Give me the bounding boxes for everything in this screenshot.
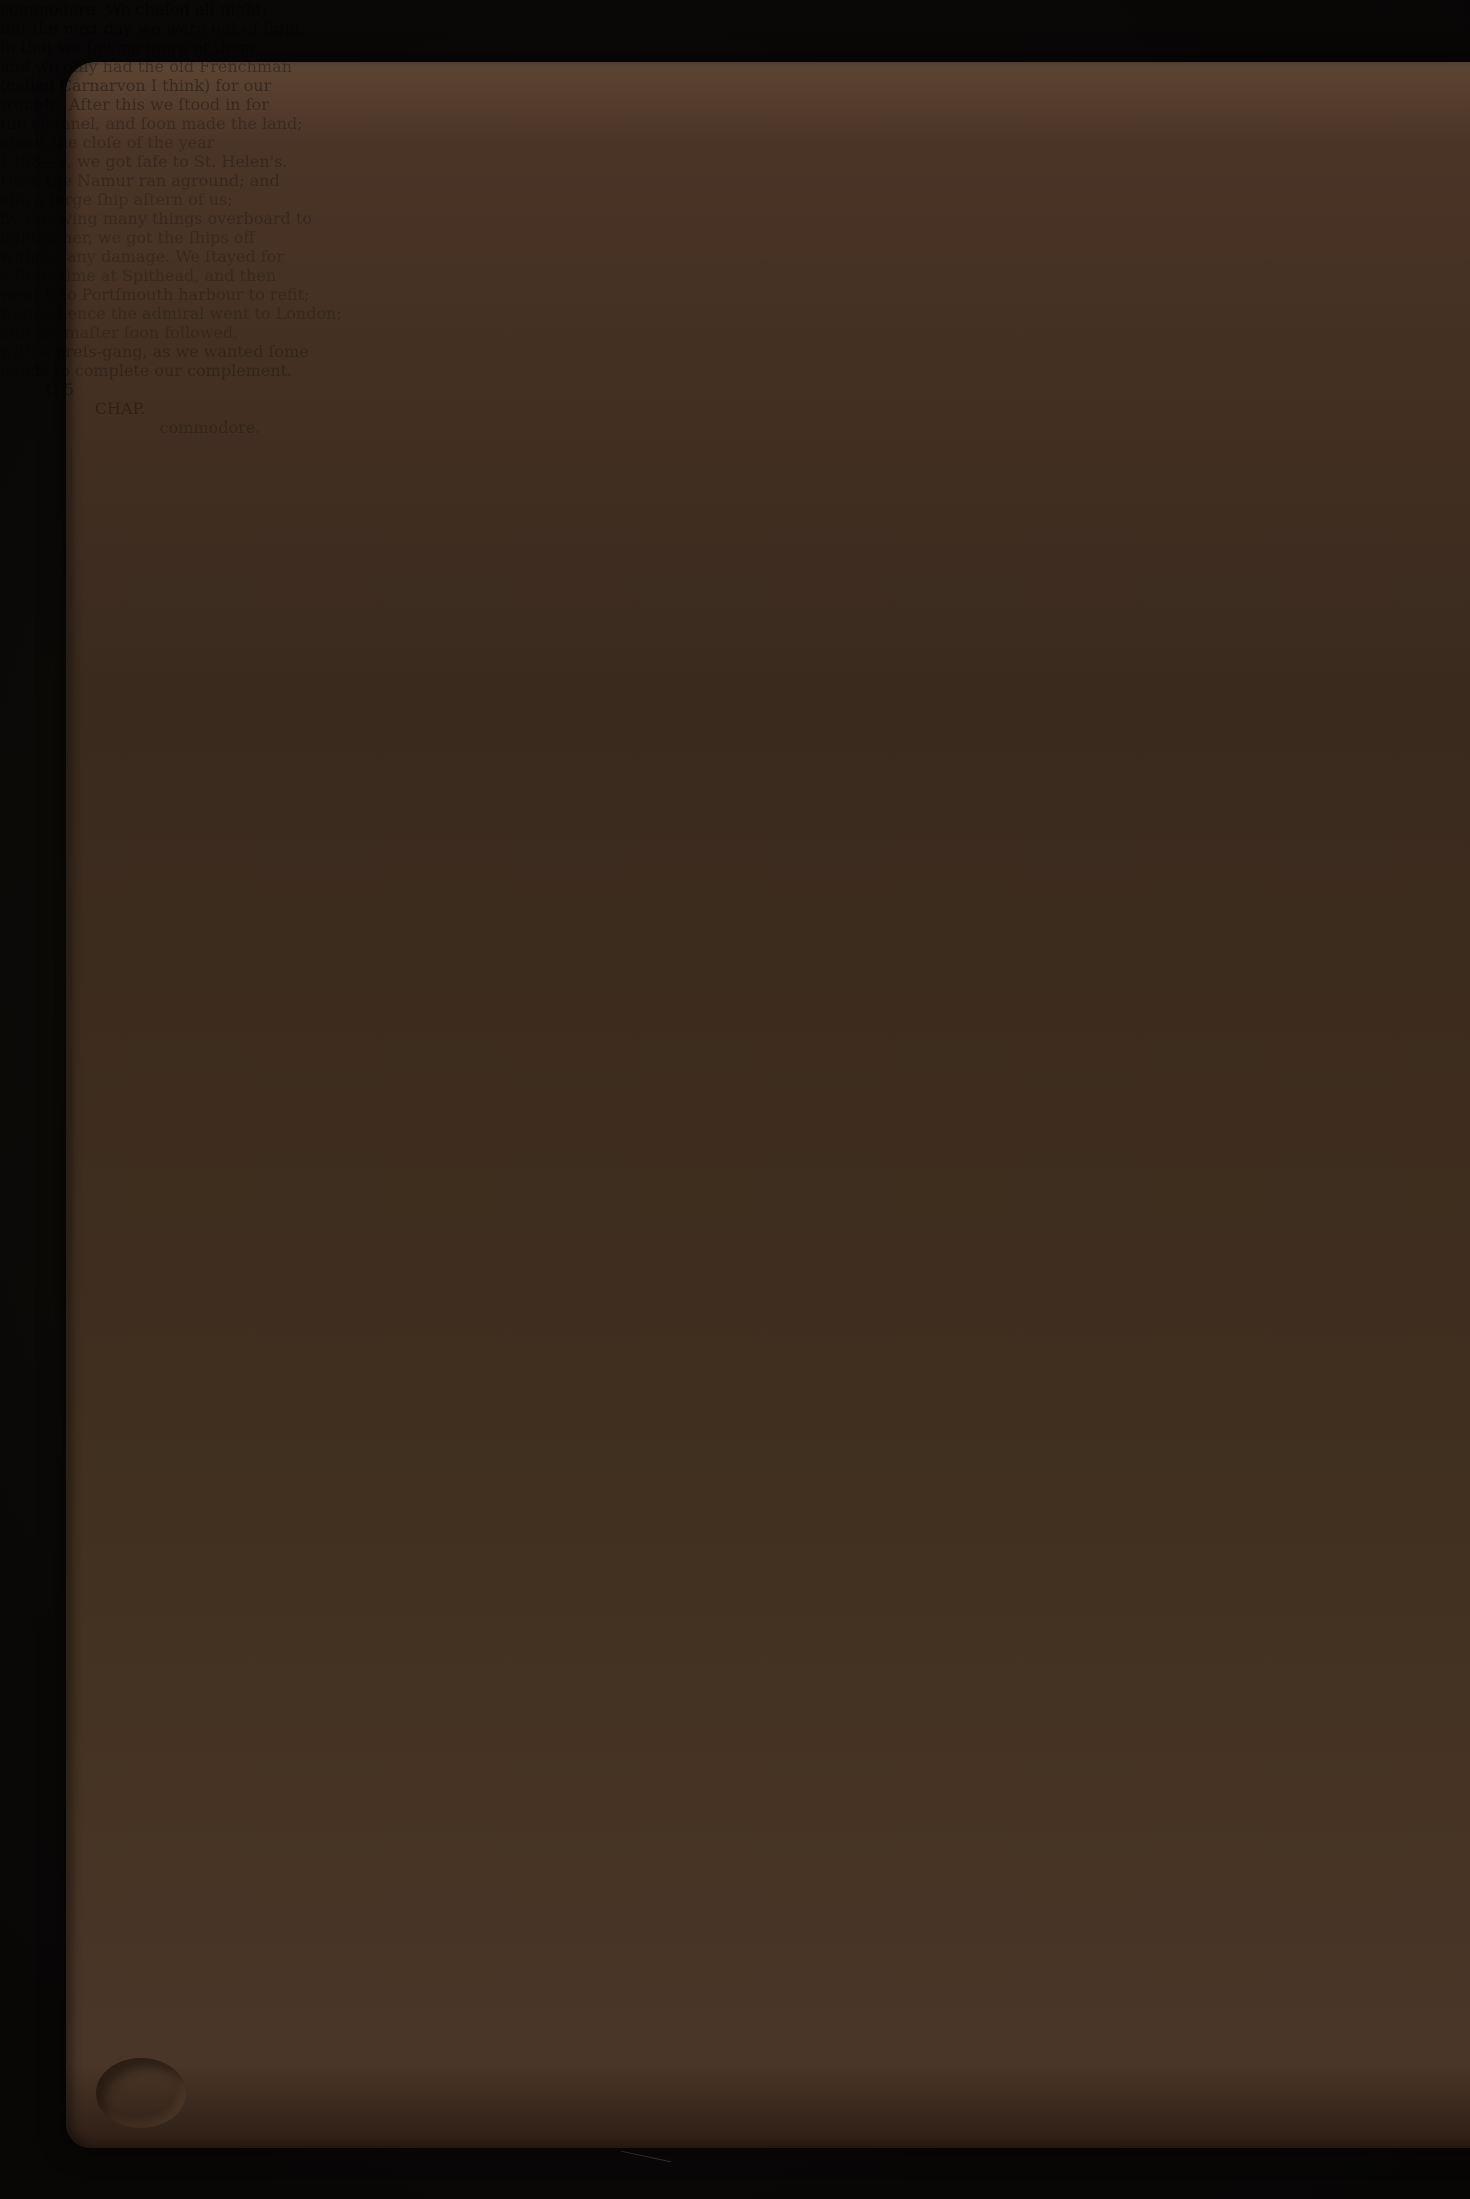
ghost-text-line: and my maſter ſoon followed, <box>0 323 1470 342</box>
ghost-text-line: alſo a large ſhip aſtern of us; <box>0 190 1470 209</box>
ghost-text-line: 1758—9, we got ſafe to St. Helen's. <box>0 152 1470 171</box>
show-through-text: commodore. We chaſed all night;but the n… <box>0 0 1470 437</box>
ghost-text-line: lighten her, we got the ſhips off <box>0 228 1470 247</box>
ghost-text-line: commodore. <box>0 418 420 437</box>
ghost-text-line: about the cloſe of the year <box>0 133 1470 152</box>
ghost-text-line: Here the Namur ran aground; and <box>0 171 1470 190</box>
ghost-text-line: but the next day we were out of ſight; <box>0 19 1470 38</box>
ghost-text-line: went into Portſmouth harbour to refit; <box>0 285 1470 304</box>
book-photograph: commodore. We chaſed all night;but the n… <box>0 0 1470 2199</box>
ghost-text-line: the channel, and ſoon made the land; <box>0 114 1470 133</box>
ghost-text-line: and we only had the old Frenchman <box>0 57 1470 76</box>
ghost-text-line: G 5 <box>0 380 120 399</box>
ghost-text-line: hands to complete our complement. <box>0 361 1470 380</box>
page-fore-edge-stack <box>104 94 316 2088</box>
ghost-text-line: (called Carnarvon I think) for our <box>0 76 1470 95</box>
ghost-text-line: without any damage. We ſtayed for <box>0 247 1470 266</box>
ghost-text-line: CHAP. <box>0 399 240 418</box>
ghost-text-line: by throwing many things overboard to <box>0 209 1470 228</box>
ghost-text-line: ſo that we ſaw no more of them; <box>0 38 1470 57</box>
ghost-text-line: a ſhort time at Spithead, and then <box>0 266 1470 285</box>
ghost-text-line: commodore. We chaſed all night; <box>0 0 1470 19</box>
ghost-text-line: with a preſs-gang, as we wanted ſome <box>0 342 1470 361</box>
ghost-text-line: from whence the admiral went to London; <box>0 304 1470 323</box>
ghost-text-line: trouble. After this we ſtood in for <box>0 95 1470 114</box>
